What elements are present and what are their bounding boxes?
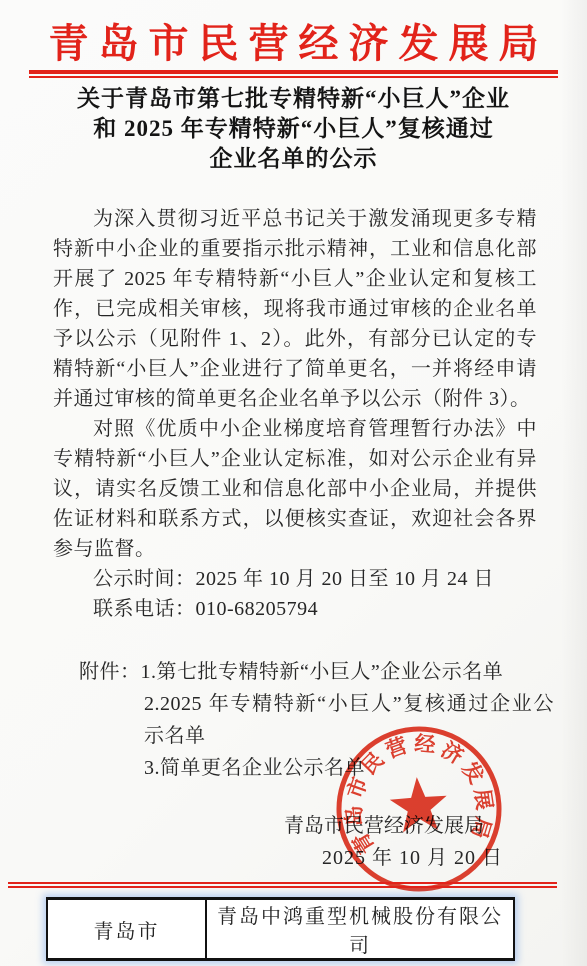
publicity-time-line: 公示时间：2025 年 10 月 20 日至 10 月 24 日 [53, 564, 537, 594]
header-red-separator [29, 70, 558, 78]
company-list-table: 青岛市 青岛中鸿重型机械股份有限公司 [46, 897, 515, 961]
footer-red-separator [8, 882, 557, 888]
contact-phone-line: 联系电话：010-68205794 [53, 594, 537, 624]
official-seal-stamp: 青岛市民营经济发展局 [323, 713, 515, 905]
footer-line-2 [8, 886, 557, 888]
document-body: 为深入贯彻习近平总书记关于激发涌现更多专精特新中小企业的重要指示批示精神，工业和… [53, 204, 537, 784]
table-row: 青岛市 青岛中鸿重型机械股份有限公司 [47, 899, 514, 960]
attachments-label: 附件： [79, 656, 141, 688]
title-line-3: 企业名单的公示 [0, 144, 587, 174]
table-cell-company: 青岛中鸿重型机械股份有限公司 [206, 899, 514, 960]
star-icon [388, 775, 449, 833]
scanned-notice-page: 青岛市民营经济发展局 关于青岛市第七批专精特新“小巨人”企业 和 2025 年专… [0, 0, 587, 966]
document-title: 关于青岛市第七批专精特新“小巨人”企业 和 2025 年专精特新“小巨人”复核通… [0, 84, 587, 174]
body-paragraph-2: 对照《优质中小企业梯度培育管理暂行办法》中专精特新“小巨人”企业认定标准，如对公… [53, 414, 537, 564]
separator-thin-line [29, 76, 558, 78]
footer-line-1 [8, 882, 557, 884]
body-paragraph-1: 为深入贯彻习近平总书记关于激发涌现更多专精特新中小企业的重要指示批示精神，工业和… [53, 204, 537, 414]
title-line-1: 关于青岛市第七批专精特新“小巨人”企业 [0, 84, 587, 114]
agency-masthead: 青岛市民营经济发展局 [0, 12, 587, 69]
separator-thick-line [29, 70, 558, 74]
attachment-item-1-text: 1.第七批专精特新“小巨人”企业公示名单 [141, 656, 504, 688]
attachment-item-1: 附件： 1.第七批专精特新“小巨人”企业公示名单 [79, 656, 537, 688]
table-cell-city: 青岛市 [47, 899, 206, 960]
title-line-2: 和 2025 年专精特新“小巨人”复核通过 [0, 114, 587, 144]
